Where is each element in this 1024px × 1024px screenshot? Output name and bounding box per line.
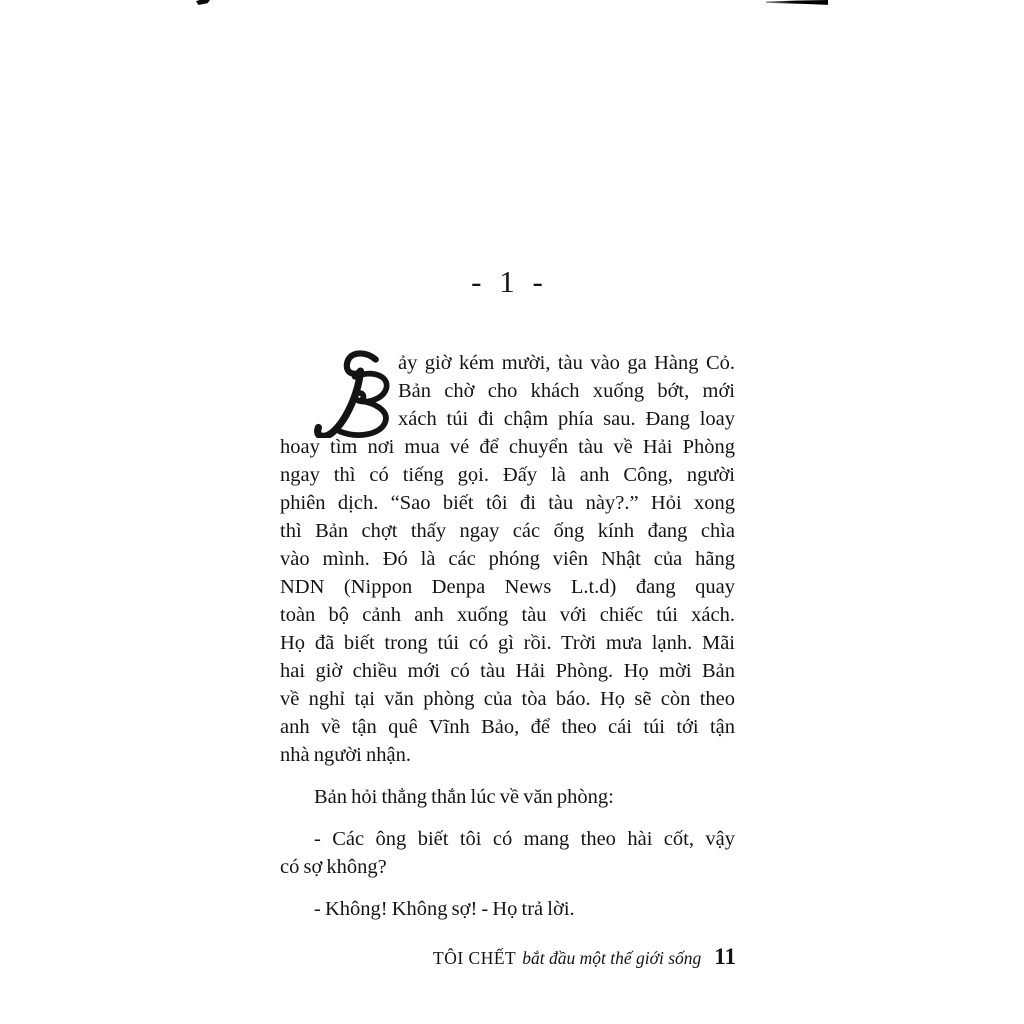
text-line: có sợ không? (280, 853, 735, 881)
text-line: NDN (Nippon Denpa News L.t.d) đang quay (280, 573, 735, 601)
footer-book-title: TÔI CHẾT (433, 948, 516, 968)
text-line: hoay tìm nơi mua vé để chuyển tàu về Hải… (280, 433, 735, 461)
paragraphs: ảy giờ kém mười, tàu vào ga Hàng Cỏ.Bản … (280, 349, 735, 923)
scan-artifact-top-left (196, 0, 210, 5)
book-page: - 1 - ảy giờ kém mười, tàu vào ga Hàng C… (0, 0, 1024, 1024)
paragraph: - Không! Không sợ! - Họ trả lời. (280, 895, 735, 923)
footer-page-number: 11 (714, 944, 736, 969)
text-line: xách túi đi chậm phía sau. Đang loay (398, 405, 735, 433)
footer-book-subtitle: bắt đầu một thế giới sống (522, 948, 701, 968)
text-line: ảy giờ kém mười, tàu vào ga Hàng Cỏ. (398, 349, 735, 377)
text-line: nhà người nhận. (280, 741, 735, 769)
body-text: ảy giờ kém mười, tàu vào ga Hàng Cỏ.Bản … (280, 349, 735, 923)
text-line: toàn bộ cảnh anh xuống tàu với chiếc túi… (280, 601, 735, 629)
text-line: hai giờ chiều mới có tàu Hải Phòng. Họ m… (280, 657, 735, 685)
paragraph: Bản hỏi thẳng thắn lúc về văn phòng: (280, 783, 735, 811)
paragraph: - Các ông biết tôi có mang theo hài cốt,… (280, 825, 735, 881)
page-footer: TÔI CHẾTbắt đầu một thế giới sống11 (280, 944, 736, 970)
text-line: thì Bản chợt thấy ngay các ống kính đang… (280, 517, 735, 545)
text-line: - Các ông biết tôi có mang theo hài cốt,… (280, 825, 735, 853)
paragraph: ảy giờ kém mười, tàu vào ga Hàng Cỏ.Bản … (280, 349, 735, 769)
text-line: Họ đã biết trong túi có gì rồi. Trời mưa… (280, 629, 735, 657)
chapter-number-heading: - 1 - (280, 264, 735, 300)
text-line: vào mình. Đó là các phóng viên Nhật của … (280, 545, 735, 573)
text-line: ngay thì có tiếng gọi. Đấy là anh Công, … (280, 461, 735, 489)
text-line: Bản hỏi thẳng thắn lúc về văn phòng: (280, 783, 735, 811)
text-line: - Không! Không sợ! - Họ trả lời. (280, 895, 735, 923)
text-line: phiên dịch. “Sao biết tôi đi tàu này?.” … (280, 489, 735, 517)
text-line: Bản chờ cho khách xuống bớt, mới (398, 377, 735, 405)
text-line: về nghỉ tại văn phòng của tòa báo. Họ sẽ… (280, 685, 735, 713)
text-line: anh về tận quê Vĩnh Bảo, để theo cái túi… (280, 713, 735, 741)
scan-artifact-top-right (766, 0, 828, 6)
